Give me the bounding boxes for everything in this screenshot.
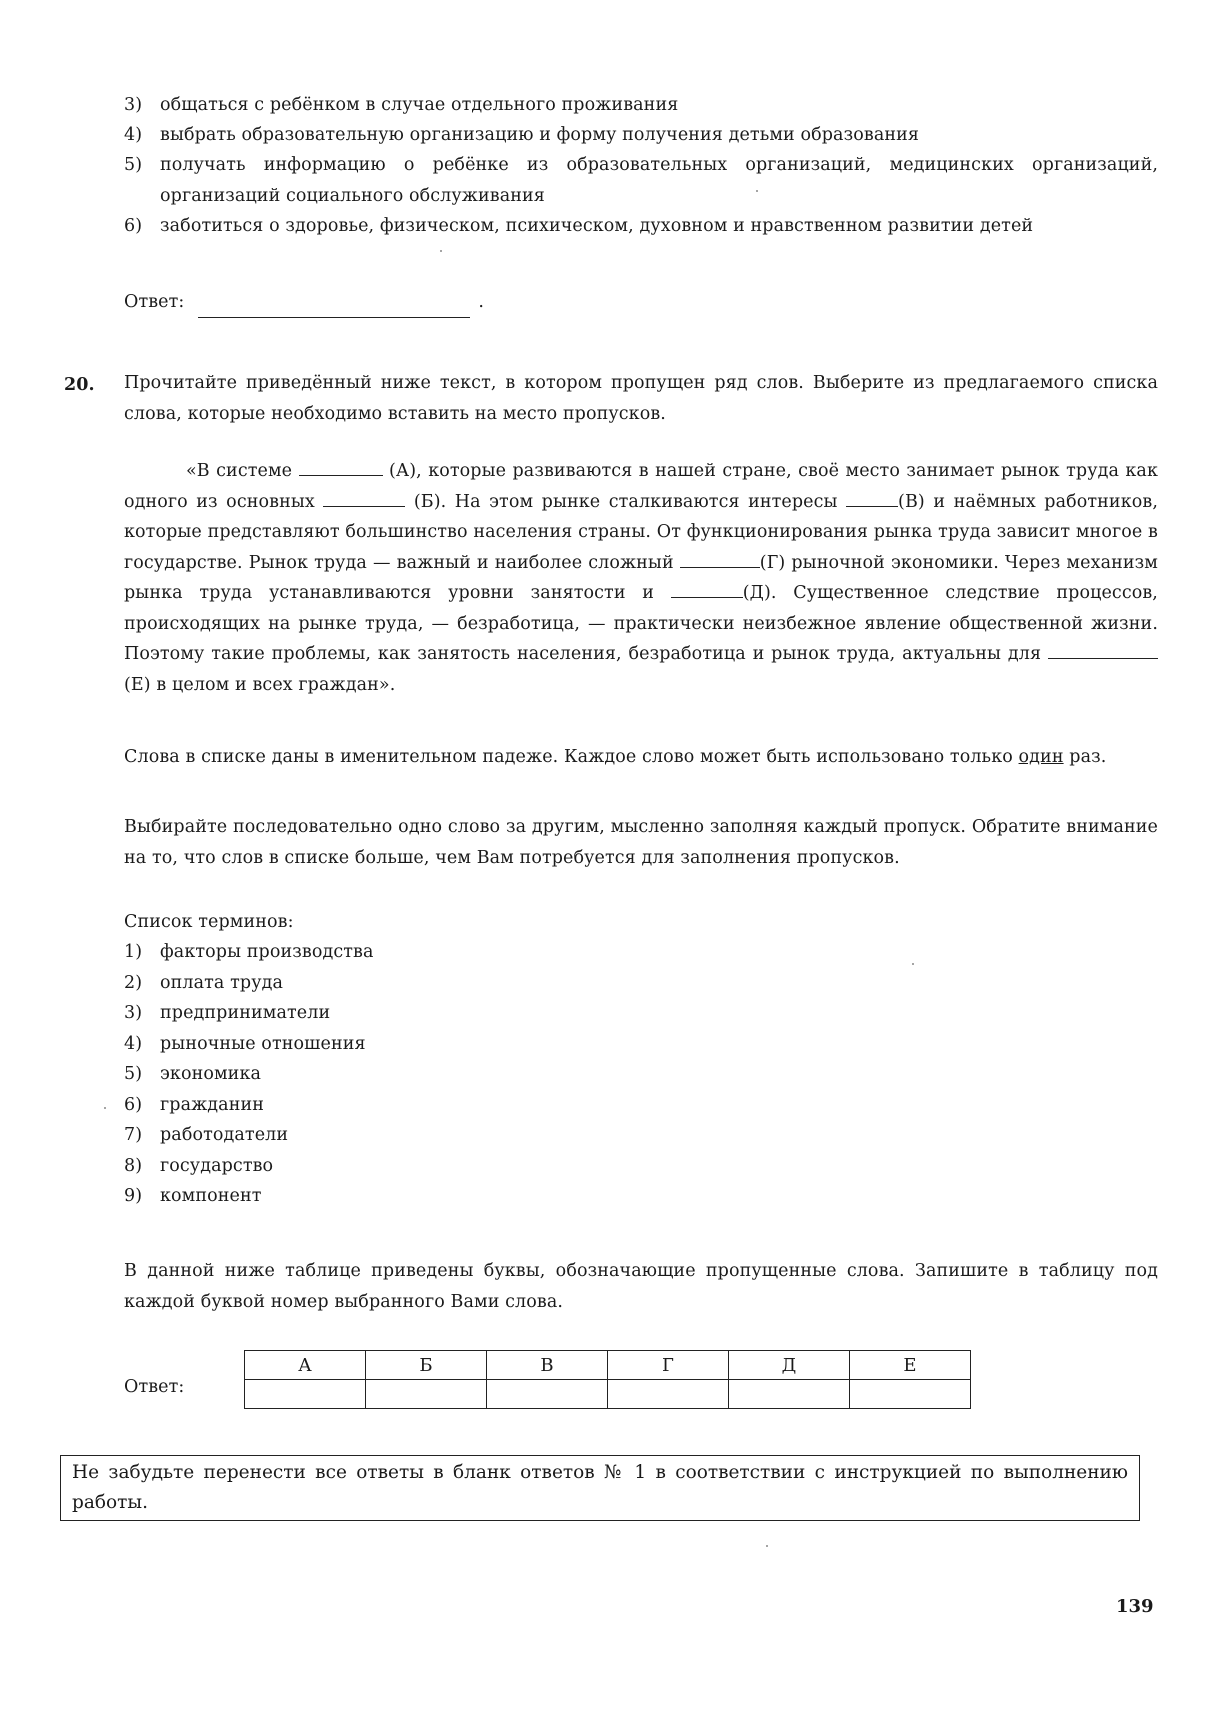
answer-label: Ответ: [124,292,184,312]
scan-speck [104,1107,106,1109]
gap-v[interactable] [846,488,898,507]
option-text: выбрать образовательную организацию и фо… [160,120,1158,151]
answer-table-header: Д [729,1351,850,1380]
gap-d[interactable] [671,579,743,598]
answer-table-header: В [487,1351,608,1380]
answer-cell[interactable] [608,1380,729,1409]
answer-label: Ответ: [124,1372,184,1403]
term-number: 1) [124,937,158,968]
scan-speck [766,1545,768,1547]
answer-table-header: Г [608,1351,729,1380]
task-text: «В системе (А), которые развиваются в на… [124,456,1158,700]
text-part: «В системе [186,461,292,481]
answer-input-line[interactable] [198,297,470,318]
prev-answer: Ответ:. [124,287,484,318]
option-number: 3) [124,90,160,121]
option-3: 3) общаться с ребёнком в случае отдельно… [124,90,1158,121]
option-text: общаться с ребёнком в случае отдельного … [160,90,1158,121]
answer-cell[interactable] [487,1380,608,1409]
answer-cell[interactable] [245,1380,366,1409]
answer-cell[interactable] [366,1380,487,1409]
answer-table: АБВГДЕ [244,1350,971,1409]
answer-cell[interactable] [850,1380,971,1409]
page-number: 139 [1116,1596,1154,1617]
option-6: 6) заботиться о здоровье, физическом, пс… [124,211,1158,242]
table-instruction: В данной ниже таблице приведены буквы, о… [124,1256,1158,1317]
notice-box: Не забудьте перенести все ответы в бланк… [60,1455,1140,1521]
gap-a[interactable] [299,457,383,476]
note-sequence: Выбирайте последовательно одно слово за … [124,812,1158,873]
term-number: 3) [124,998,158,1029]
task-number: 20. [64,370,95,401]
term-text: государство [160,1151,273,1182]
answer-cell[interactable] [729,1380,850,1409]
term-number: 7) [124,1120,158,1151]
term-text: гражданин [160,1090,264,1121]
scan-speck [440,250,442,252]
answer-table-header: Е [850,1351,971,1380]
option-number: 6) [124,211,160,242]
option-4: 4) выбрать образовательную организацию и… [124,120,1158,151]
term-number: 6) [124,1090,158,1121]
gap-g[interactable] [680,549,760,568]
option-5: 5) получать информацию о ребёнке из обра… [124,150,1158,211]
text-part: (Е) в целом и всех граждан». [124,675,395,695]
term-text: экономика [160,1059,261,1090]
option-text: заботиться о здоровье, физическом, психи… [160,211,1158,242]
term-text: компонент [160,1181,262,1212]
term-number: 8) [124,1151,158,1182]
terms-title: Список терминов: [124,907,1158,938]
term-text: факторы производства [160,937,374,968]
gap-e[interactable] [1048,640,1158,659]
text-part: (Б). На этом рынке сталкиваются интересы [414,492,838,512]
note-underlined: один [1019,747,1064,767]
term-text: предприниматели [160,998,330,1029]
option-text: получать информацию о ребёнке из образов… [160,150,1158,211]
answer-table-header: А [245,1351,366,1380]
option-number: 4) [124,120,160,151]
term-number: 5) [124,1059,158,1090]
option-number: 5) [124,150,160,181]
term-text: оплата труда [160,968,283,999]
term-number: 4) [124,1029,158,1060]
exam-page: 3) общаться с ребёнком в случае отдельно… [0,0,1216,1712]
task-instruction: Прочитайте приведённый ниже текст, в кот… [124,368,1158,429]
term-text: рыночные отношения [160,1029,366,1060]
note-case: Слова в списке даны в именительном падеж… [124,742,1158,773]
answer-end: . [478,292,484,312]
gap-b[interactable] [323,488,405,507]
scan-speck [912,963,914,965]
term-number: 9) [124,1181,158,1212]
scan-speck [756,190,758,192]
note-text: раз. [1069,747,1106,767]
note-text: Слова в списке даны в именительном падеж… [124,747,1013,767]
answer-table-header: Б [366,1351,487,1380]
term-text: работодатели [160,1120,288,1151]
term-number: 2) [124,968,158,999]
